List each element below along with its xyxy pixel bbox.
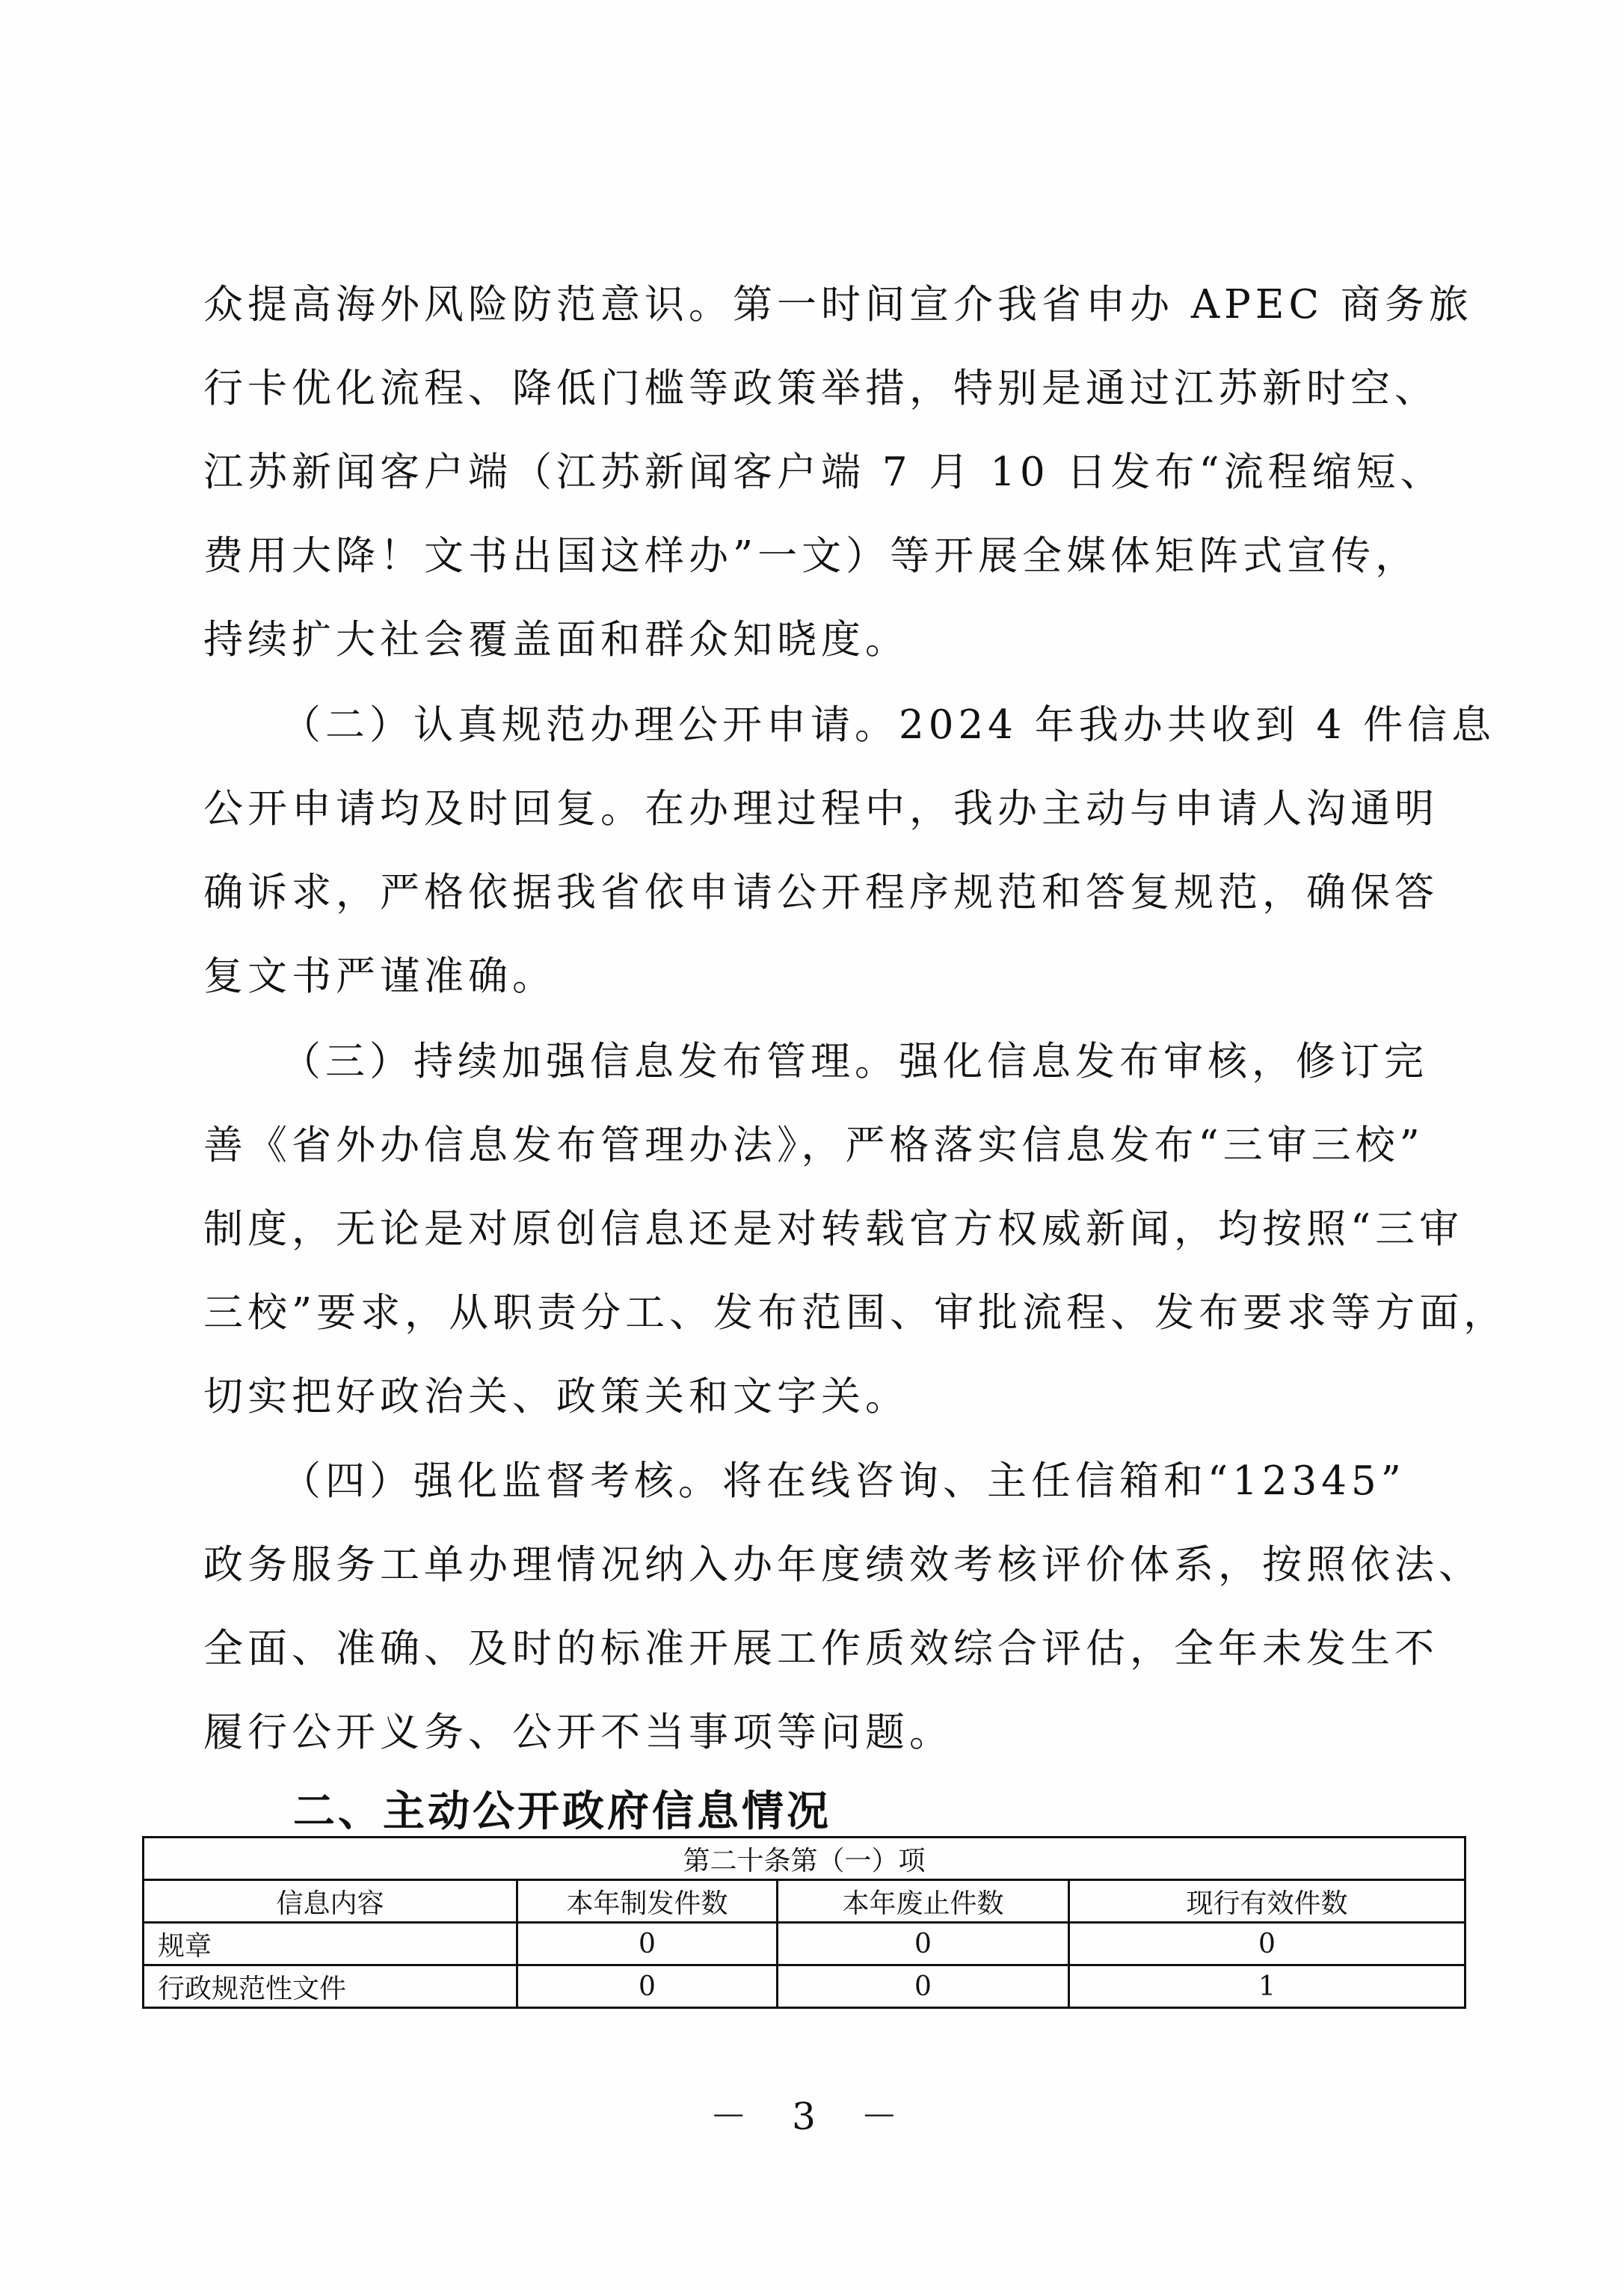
text-line: 确诉求，严格依据我省依申请公开程序规范和答复规范，确保答	[203, 851, 1474, 935]
text-line: 公开申请均及时回复。在办理过程中，我办主动与申请人沟通明	[203, 767, 1474, 851]
document-page: 众提高海外风险防范意识。第一时间宣介我省申办 APEC 商务旅 行卡优化流程、降…	[0, 0, 1624, 2290]
table-title-row: 第二十条第（一）项	[144, 1838, 1465, 1880]
text-line: 全面、准确、及时的标准开展工作质效综合评估，全年未发生不	[203, 1607, 1474, 1691]
table-cell: 0	[1069, 1923, 1465, 1965]
text-line: 履行公开义务、公开不当事项等问题。	[203, 1691, 1474, 1775]
paragraph-section-3: （三）持续加强信息发布管理。强化信息发布审核，修订完 善《省外办信息发布管理办法…	[203, 1020, 1474, 1439]
table-title: 第二十条第（一）项	[144, 1838, 1465, 1880]
row-label: 规章	[144, 1923, 517, 1965]
text-line: 政务服务工单办理情况纳入办年度绩效考核评价体系，按照依法、	[203, 1523, 1474, 1607]
paragraph-continuation: 众提高海外风险防范意识。第一时间宣介我省申办 APEC 商务旅 行卡优化流程、降…	[203, 263, 1474, 682]
paragraph-section-4: （四）强化监督考核。将在线咨询、主任信箱和“12345” 政务服务工单办理情况纳…	[203, 1440, 1474, 1775]
disclosure-table: 第二十条第（一）项 信息内容 本年制发件数 本年废止件数 现行有效件数 规章 0…	[142, 1836, 1466, 2009]
text-line: 制度，无论是对原创信息还是对转载官方权威新闻，均按照“三审	[203, 1188, 1474, 1271]
column-header: 本年废止件数	[778, 1880, 1069, 1923]
table-row: 规章 0 0 0	[144, 1923, 1465, 1965]
row-label: 行政规范性文件	[144, 1965, 517, 2008]
text-line: 三校”要求，从职责分工、发布范围、审批流程、发布要求等方面，	[203, 1271, 1474, 1355]
text-line: （四）强化监督考核。将在线咨询、主任信箱和“12345”	[203, 1440, 1474, 1523]
section-heading: 二、主动公开政府信息情况	[293, 1778, 831, 1838]
text-line: 切实把好政治关、政策关和文字关。	[203, 1355, 1474, 1439]
text-line: 费用大降！文书出国这样办”一文）等开展全媒体矩阵式宣传，	[203, 515, 1474, 598]
column-header: 信息内容	[144, 1880, 517, 1923]
table-cell: 0	[778, 1965, 1069, 2008]
table-cell: 1	[1069, 1965, 1465, 2008]
table-header-row: 信息内容 本年制发件数 本年废止件数 现行有效件数	[144, 1880, 1465, 1923]
text-line: 行卡优化流程、降低门槛等政策举措，特别是通过江苏新时空、	[203, 347, 1474, 431]
text-line: （二）认真规范办理公开申请。2024 年我办共收到 4 件信息	[203, 684, 1474, 767]
paragraph-section-2: （二）认真规范办理公开申请。2024 年我办共收到 4 件信息 公开申请均及时回…	[203, 684, 1474, 1019]
page-number: － 3 －	[0, 2087, 1624, 2140]
text-line: 江苏新闻客户端（江苏新闻客户端 7 月 10 日发布“流程缩短、	[203, 431, 1474, 515]
text-line: （三）持续加强信息发布管理。强化信息发布审核，修订完	[203, 1020, 1474, 1104]
text-line: 众提高海外风险防范意识。第一时间宣介我省申办 APEC 商务旅	[203, 263, 1474, 347]
text-line: 持续扩大社会覆盖面和群众知晓度。	[203, 598, 1474, 682]
column-header: 本年制发件数	[517, 1880, 778, 1923]
column-header: 现行有效件数	[1069, 1880, 1465, 1923]
table-cell: 0	[517, 1923, 778, 1965]
text-line: 善《省外办信息发布管理办法》，严格落实信息发布“三审三校”	[203, 1104, 1474, 1188]
table-cell: 0	[517, 1965, 778, 2008]
text-line: 复文书严谨准确。	[203, 935, 1474, 1019]
table-cell: 0	[778, 1923, 1069, 1965]
table-row: 行政规范性文件 0 0 1	[144, 1965, 1465, 2008]
